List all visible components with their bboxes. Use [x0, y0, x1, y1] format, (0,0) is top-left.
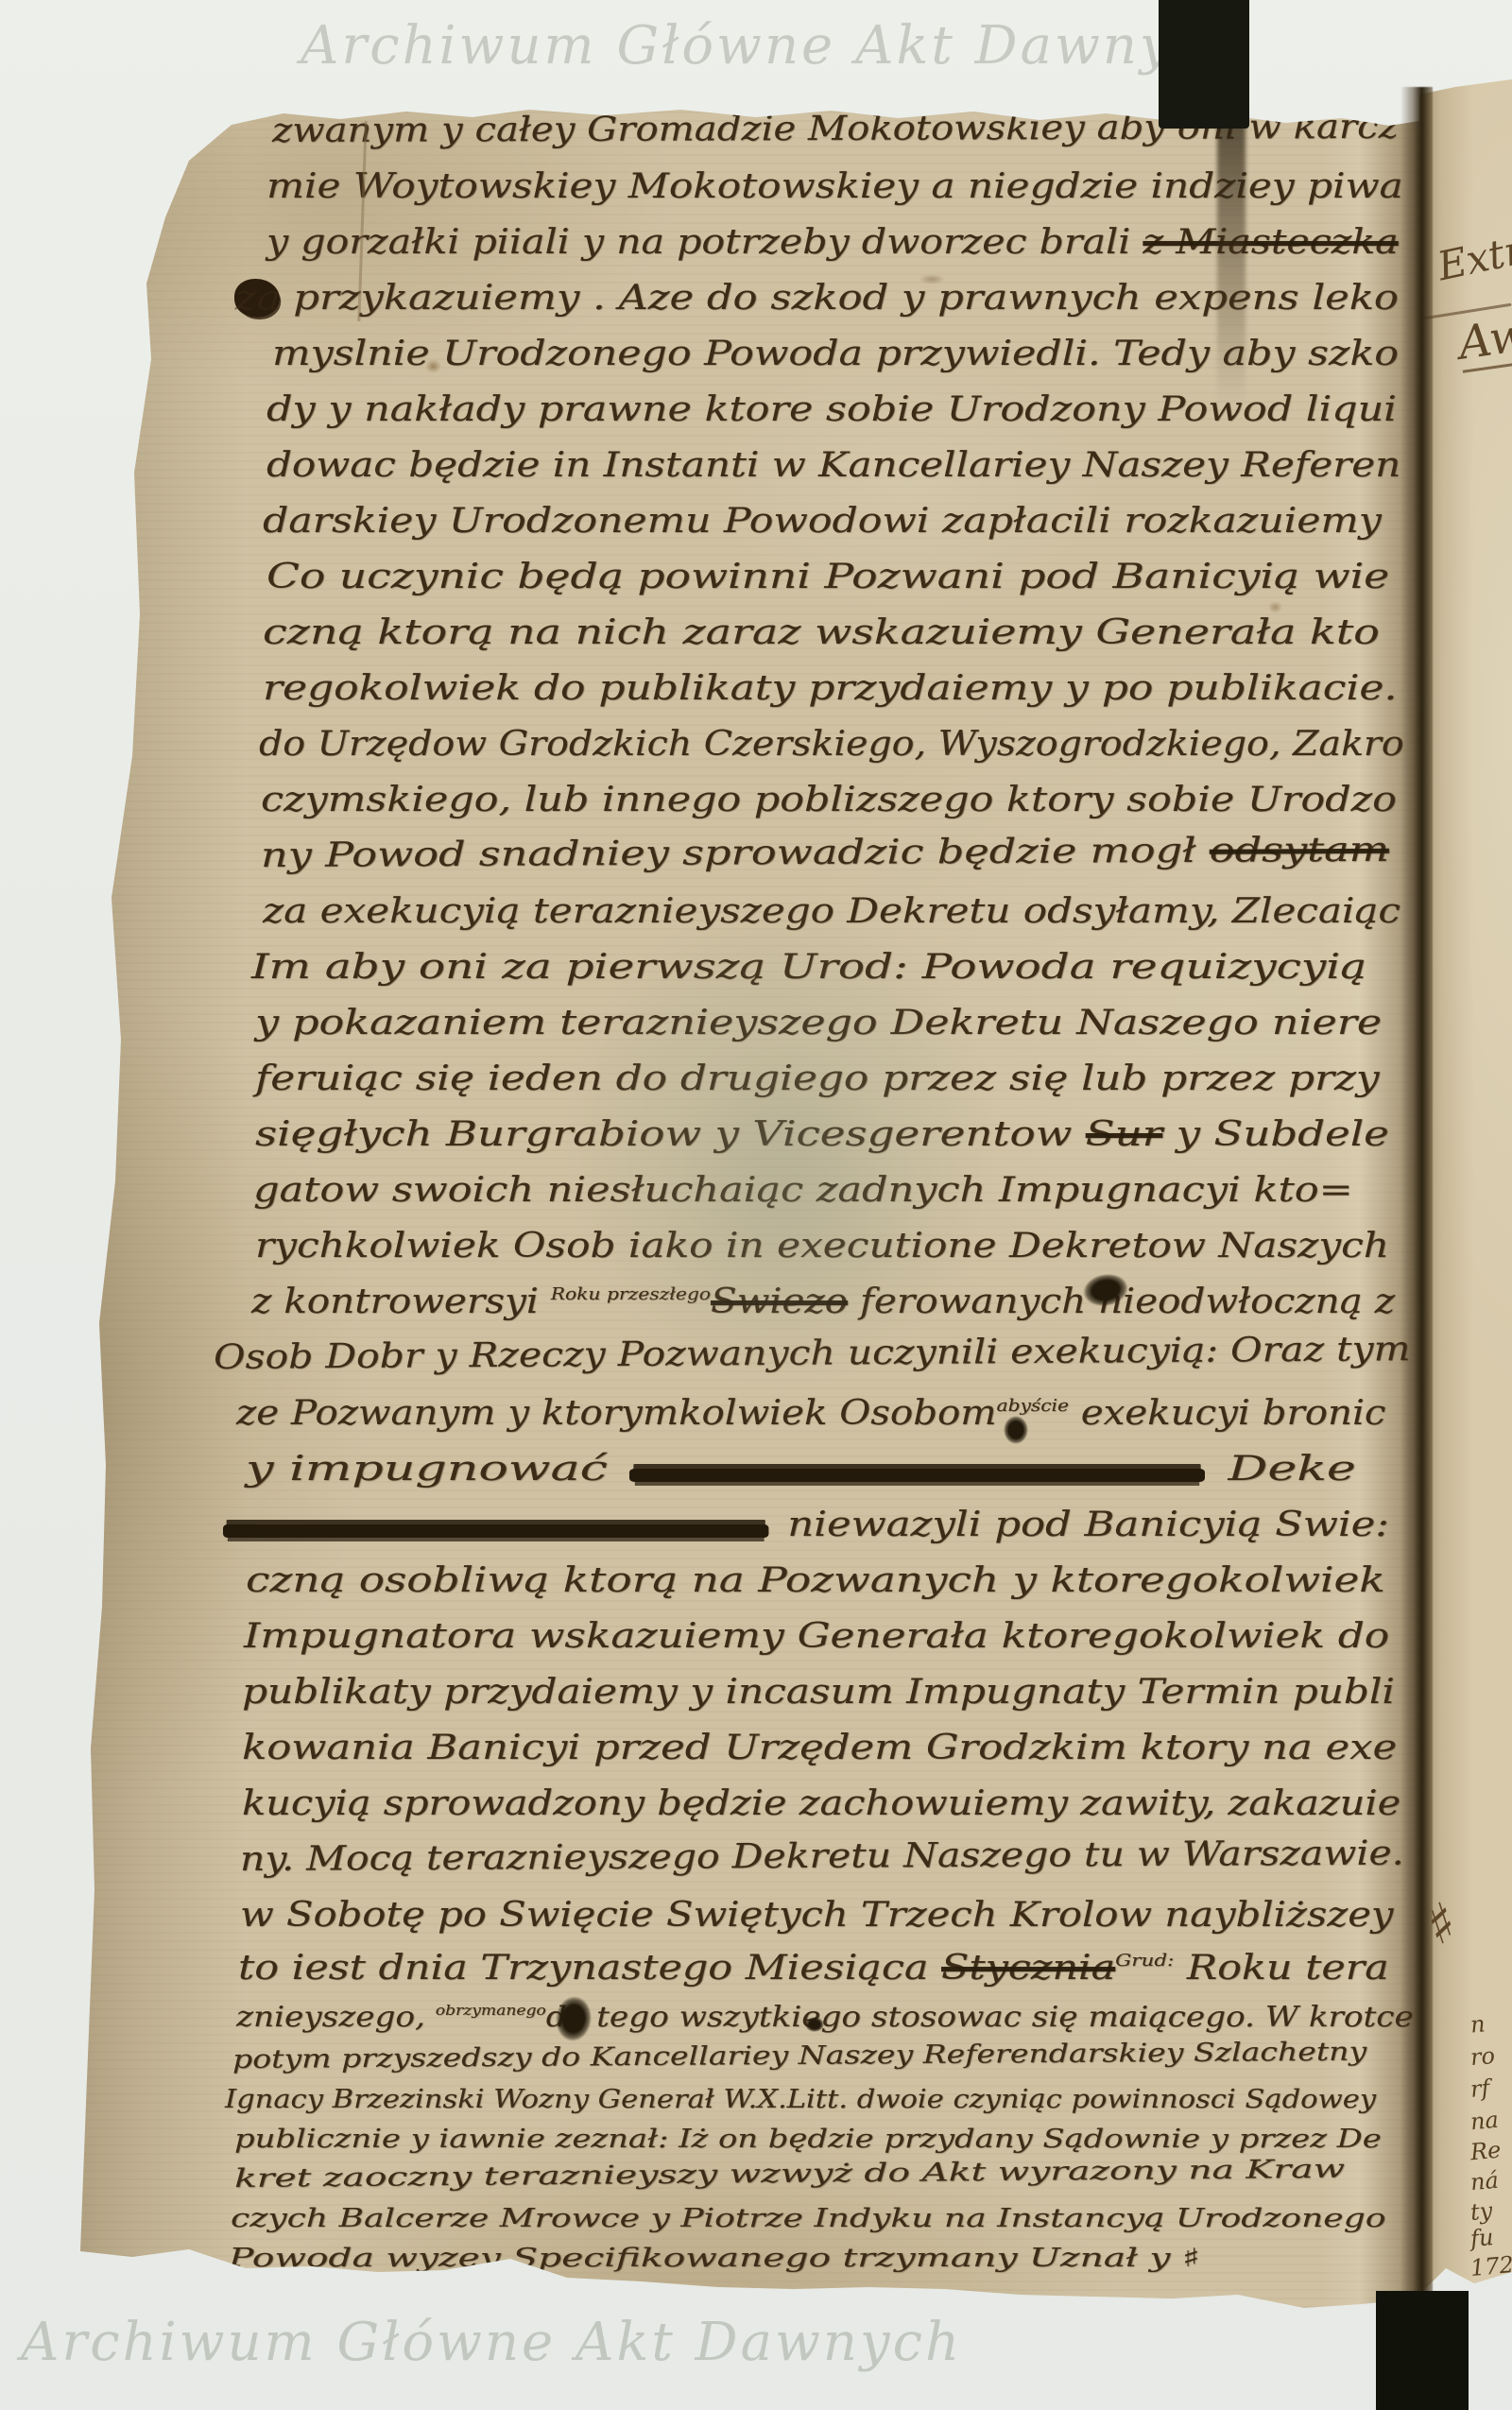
line-part: rychkolwiek Osob iako in executione Dekr…	[255, 1227, 1389, 1265]
line-part: potym przyszedszy do Kancellariey Naszey…	[232, 2038, 1366, 2074]
line-part: y gorzałki piiali y na potrzeby dworzec …	[266, 223, 1143, 262]
line-part: Roku tera	[1174, 1949, 1388, 1988]
manuscript-line: Co uczynic będą powinni Pozwani pod Bani…	[266, 558, 1389, 596]
manuscript-line: ny Powod snadniey sprowadzic będzie mogł…	[261, 831, 1389, 876]
line-part: czną osobliwą ktorą na Pozwanych y ktore…	[246, 1561, 1385, 1600]
scan-black-bar-bottom	[1376, 2291, 1469, 2410]
ink-blot	[1004, 1416, 1028, 1444]
line-part: Sur	[1086, 1115, 1163, 1154]
manuscript-line: czych Balcerze Mrowce y Piotrze Indyku n…	[231, 2204, 1385, 2233]
manuscript-line: w Sobotę po Swięcie Swiętych Trzech Krol…	[240, 1896, 1393, 1935]
manuscript-line: y impugnować Deke	[246, 1450, 1356, 1489]
strikethrough-blot-bar	[630, 1469, 1206, 1482]
manuscript-line: Im aby oni za pierwszą Urod: Powoda requ…	[251, 948, 1366, 987]
ink-stain	[1268, 601, 1282, 613]
margin-note: na	[1469, 2107, 1500, 2135]
line-part: feruiąc się ieden do drugiego przez się …	[255, 1059, 1380, 1098]
line-part: gatow swoich niesłuchaiąc zadnych Impugn…	[253, 1171, 1353, 1210]
line-part: y pokazaniem teraznieyszego Dekretu Nasz…	[255, 1004, 1382, 1042]
scanned-document-canvas: Archiwum Główne Akt Dawnych 322. zwanym …	[0, 0, 1512, 2410]
line-part: publicznie y iawnie zeznał: Iż on będzie…	[234, 2125, 1382, 2154]
line-part: darskiey Urodzonemu Powodowi zapłacili r…	[263, 502, 1382, 541]
line-part: kowania Banicyi przed Urzędem Grodzkim k…	[242, 1729, 1397, 1767]
line-part: odsytam	[1210, 831, 1389, 870]
line-part: z Miasteczka	[1143, 223, 1398, 262]
manuscript-line: kowania Banicyi przed Urzędem Grodzkim k…	[242, 1729, 1397, 1767]
strikethrough-blot-bar	[223, 1524, 768, 1538]
manuscript-line: publicznie y iawnie zeznał: Iż on będzie…	[234, 2125, 1382, 2154]
margin-note: ná	[1469, 2167, 1500, 2195]
line-part: to iest dnia Trzynastego Miesiąca	[238, 1949, 941, 1988]
line-part: regokolwiek do publikaty przydaiemy y po…	[263, 669, 1397, 708]
line-part: Ignacy Brzezinski Wozny Generał W.X.Litt…	[225, 2085, 1376, 2114]
manuscript-line: sięgłych Burgrabiow y Vicesgerentow Sur …	[255, 1115, 1389, 1154]
line-part: y Subdele	[1162, 1115, 1389, 1154]
line-part: publikaty przydaiemy y incasum Impugnaty…	[242, 1673, 1395, 1712]
manuscript-line: niewazyli pod Banicyią Swie:	[217, 1506, 1389, 1544]
line-part: Deke	[1212, 1450, 1356, 1489]
line-part: kret zaoczny teraznieyszy wzwyż do Akt w…	[234, 2155, 1345, 2194]
margin-note: 172	[1469, 2251, 1512, 2281]
margin-note: ty	[1469, 2197, 1494, 2226]
line-part: obrzymanego	[436, 2002, 546, 2019]
scan-black-bar-top	[1159, 0, 1249, 129]
page-number: 322.	[164, 96, 240, 138]
manuscript-line: Ignacy Brzezinski Wozny Generał W.X.Litt…	[225, 2085, 1376, 2114]
line-part: Stycznia	[941, 1949, 1115, 1988]
manuscript-line: Impugnatora wskazuiemy Generała ktoregok…	[244, 1617, 1389, 1656]
line-part: Grud:	[1115, 1951, 1174, 1971]
line-part: ny Powod snadniey sprowadzic będzie mogł	[261, 832, 1210, 875]
manuscript-line: za exekucyią teraznieyszego Dekretu odsy…	[263, 892, 1400, 931]
line-part: czną ktorą na nich zaraz wskazuiemy Gene…	[263, 613, 1380, 652]
line-part: Roku przeszłego	[551, 1284, 711, 1304]
manuscript-line: dowac będzie in Instanti w Kancellariey …	[266, 446, 1400, 485]
archive-watermark-top: Archiwum Główne Akt Dawnych	[301, 15, 1242, 77]
manuscript-line: znieyszego, obrzymanegodo tego wszytkieg…	[236, 2002, 1414, 2035]
line-part: kucyią sprowadzony będzie zachowuiemy za…	[242, 1784, 1400, 1823]
manuscript-line: rychkolwiek Osob iako in executione Dekr…	[255, 1227, 1389, 1265]
line-part: sięgłych Burgrabiow y Vicesgerentow	[255, 1115, 1086, 1154]
manuscript-page: 322. zwanym y całey Gromadzie Mokotowski…	[0, 0, 1512, 2410]
line-part: Co uczynic będą powinni Pozwani pod Bani…	[266, 558, 1389, 596]
manuscript-line: czną ktorą na nich zaraz wskazuiemy Gene…	[263, 613, 1380, 652]
manuscript-line: z kontrowersyi Roku przeszłegoSwiezo fer…	[251, 1282, 1395, 1321]
manuscript-line: darskiey Urodzonemu Powodowi zapłacili r…	[263, 502, 1382, 541]
manuscript-line: y pokazaniem teraznieyszego Dekretu Nasz…	[255, 1004, 1382, 1042]
manuscript-line: czymskiego, lub innego poblizszego ktory…	[261, 781, 1397, 819]
margin-note: rf	[1469, 2074, 1491, 2103]
line-part: czych Balcerze Mrowce y Piotrze Indyku n…	[231, 2204, 1385, 2233]
line-part: abyście	[997, 1396, 1069, 1416]
manuscript-line: Powoda wyzey Specifikowanego trzymany Uz…	[229, 2244, 1200, 2273]
line-part: exekucyi bronic	[1069, 1394, 1386, 1433]
margin-note: n	[1469, 2010, 1486, 2038]
margin-note: Re	[1469, 2137, 1503, 2166]
line-part: znieyszego,	[236, 2001, 436, 2034]
line-part: za	[234, 279, 281, 318]
line-part: ze Pozwanym y ktorymkolwiek Osobom	[236, 1394, 997, 1433]
line-part: dowac będzie in Instanti w Kancellariey …	[266, 446, 1400, 485]
line-part: Im aby oni za pierwszą Urod: Powoda requ…	[251, 948, 1366, 987]
line-part: Powoda wyzey Specifikowanego trzymany Uz…	[229, 2244, 1200, 2273]
line-part: za exekucyią teraznieyszego Dekretu odsy…	[263, 892, 1400, 931]
line-part: niewazyli pod Banicyią Swie:	[774, 1506, 1388, 1544]
manuscript-line: to iest dnia Trzynastego Miesiąca Styczn…	[238, 1949, 1389, 1988]
line-part: do Urzędow Grodzkich Czerskiego, Wyszogr…	[259, 725, 1404, 764]
line-part: w Sobotę po Swięcie Swiętych Trzech Krol…	[240, 1896, 1393, 1935]
archive-watermark-bottom: Archiwum Główne Akt Dawnych	[21, 2312, 962, 2373]
manuscript-line: gatow swoich niesłuchaiąc zadnych Impugn…	[253, 1171, 1353, 1210]
book-gutter	[1400, 87, 1433, 2300]
manuscript-line: kucyią sprowadzony będzie zachowuiemy za…	[242, 1784, 1400, 1823]
line-part: z kontrowersyi	[251, 1282, 551, 1321]
line-part: Osob Dobr y Rzeczy Pozwanych uczynili ex…	[214, 1330, 1411, 1377]
gutter-shadow	[1217, 112, 1246, 405]
manuscript-line: publikaty przydaiemy y incasum Impugnaty…	[242, 1673, 1395, 1712]
manuscript-line: regokolwiek do publikaty przydaiemy y po…	[263, 669, 1397, 708]
manuscript-line: feruiąc się ieden do drugiego przez się …	[255, 1059, 1380, 1098]
manuscript-line: kret zaoczny teraznieyszy wzwyż do Akt w…	[234, 2155, 1345, 2194]
manuscript-line: Osob Dobr y Rzeczy Pozwanych uczynili ex…	[214, 1330, 1411, 1377]
margin-note: fu	[1469, 2224, 1495, 2252]
line-part: ny. Mocą teraznieyszego Dekretu Naszego …	[240, 1834, 1404, 1879]
manuscript-line: czną osobliwą ktorą na Pozwanych y ktore…	[246, 1561, 1385, 1600]
manuscript-line: ze Pozwanym y ktorymkolwiek Osobomabyści…	[236, 1394, 1385, 1433]
line-part: do tego wszytkiego stosowac się maiącego…	[546, 2001, 1414, 2034]
page-fragment-text: Aw	[1455, 308, 1512, 373]
line-part: czymskiego, lub innego poblizszego ktory…	[261, 781, 1397, 819]
margin-note: ro	[1469, 2042, 1496, 2071]
manuscript-line: potym przyszedszy do Kancellariey Naszey…	[232, 2038, 1366, 2074]
line-part: Impugnatora wskazuiemy Generała ktoregok…	[244, 1617, 1389, 1656]
manuscript-line: ny. Mocą teraznieyszego Dekretu Naszego …	[240, 1834, 1404, 1880]
line-part: Swiezo	[711, 1282, 848, 1321]
manuscript-line: do Urzędow Grodzkich Czerskiego, Wyszogr…	[259, 725, 1404, 764]
line-part: y impugnować	[246, 1450, 623, 1489]
